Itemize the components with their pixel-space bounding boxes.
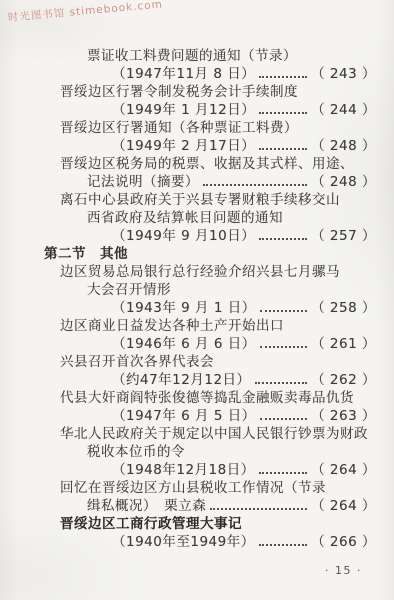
toc-line-text: 晋绥边区税务局的税票、收据及其式样、用途、 — [60, 156, 354, 172]
page-reference: （ 264 ） — [311, 497, 376, 515]
toc-line-text: 代县大奸商阎特张俊德等捣乱金融贩卖毒品仇货 — [60, 390, 354, 406]
toc-line-text: 边区商业日益发达各种土产开始出口 — [60, 318, 284, 334]
toc-date-line: （1940年至1949年）（ 266 ） — [0, 533, 394, 551]
page-reference: （ 248 ） — [311, 137, 376, 155]
toc-list: 票证收工料费问题的通知（节录）（1947年11月 8 日）（ 243 ）晋绥边区… — [0, 47, 394, 551]
toc-line-text: （1949年 9 月10日） — [112, 227, 255, 245]
page-reference: （ 261 ） — [311, 335, 376, 353]
toc-line-text: 离石中心县政府关于兴县专署财粮手续移交山 — [60, 192, 340, 208]
toc-line-text: （1949年 1 月12日） — [112, 101, 255, 119]
toc-date-line: （1949年 9 月10日）（ 257 ） — [0, 227, 394, 245]
toc-line-text: （1949年 2 月17日） — [112, 137, 255, 155]
toc-line-text: 票证收工料费问题的通知（节录） — [87, 48, 297, 64]
toc-line-text: 缉私概况） 栗立森 — [87, 497, 206, 515]
page-reference: （ 264 ） — [311, 461, 376, 479]
toc-date-line: （1947年 6 月 5 日）（ 263 ） — [0, 407, 394, 425]
toc-line-text: 西省政府及结算帐目问题的通知 — [87, 210, 283, 226]
dot-leader — [203, 173, 307, 186]
toc-entry-line: 代县大奸商阎特张俊德等捣乱金融贩卖毒品仇货 — [0, 389, 394, 407]
page-reference: （ 243 ） — [311, 65, 376, 83]
toc-line-text: 兴县召开首次各界代表会 — [60, 354, 214, 370]
dot-leader — [259, 227, 307, 240]
toc-entry-line: 离石中心县政府关于兴县专署财粮手续移交山 — [0, 191, 394, 209]
toc-line-text: 晋绥边区行署通知（各种票证工料费） — [60, 120, 298, 136]
dot-leader — [259, 137, 307, 150]
toc-date-line: （约47年12月12日）（ 262 ） — [0, 371, 394, 389]
toc-line-text: （1946年 6 月 6 日） — [112, 335, 256, 353]
page-reference: （ 257 ） — [311, 227, 376, 245]
dot-leader — [260, 299, 307, 312]
toc-date-line: （1947年11月 8 日）（ 243 ） — [0, 65, 394, 83]
toc-entry-line: 西省政府及结算帐目问题的通知 — [0, 209, 394, 227]
toc-line-text: 第二节 其他 — [44, 246, 128, 262]
toc-entry-line: 回忆在晋绥边区方山县税收工作情况（节录 — [0, 479, 394, 497]
toc-line-text: （约47年12月12日） — [112, 371, 251, 389]
toc-entry-line: 晋绥边区税务局的税票、收据及其式样、用途、 — [0, 155, 394, 173]
page-number: · 15 · — [325, 564, 362, 577]
dot-leader — [259, 533, 307, 546]
toc-entry-line: 边区贸易总局银行总行经验介绍兴县七月骡马 — [0, 263, 394, 281]
toc-entry-line: 晋绥边区行署通知（各种票证工料费） — [0, 119, 394, 137]
page-reference: （ 258 ） — [311, 299, 376, 317]
toc-line-text: 晋绥边区行署令制发税务会计手续制度 — [60, 84, 298, 100]
toc-entry-line: 缉私概况） 栗立森（ 264 ） — [0, 497, 394, 515]
toc-date-line: （1948年12月18日）（ 264 ） — [0, 461, 394, 479]
toc-line-text: 华北人民政府关于规定以中国人民银行钞票为财政 — [60, 426, 368, 442]
dot-leader — [259, 65, 307, 78]
dot-leader — [210, 497, 307, 510]
page-reference: （ 248 ） — [311, 173, 376, 191]
page-reference: （ 263 ） — [311, 407, 376, 425]
toc-entry-line: 华北人民政府关于规定以中国人民银行钞票为财政 — [0, 425, 394, 443]
toc-date-line: （1943年 9 月 1 日）（ 258 ） — [0, 299, 394, 317]
dot-leader — [260, 335, 307, 348]
toc-entry-line: 兴县召开首次各界代表会 — [0, 353, 394, 371]
toc-date-line: （1949年 1 月12日）（ 244 ） — [0, 101, 394, 119]
toc-line-text: （1947年11月 8 日） — [112, 65, 255, 83]
dot-leader — [260, 407, 307, 420]
toc-line-text: 记法说明（摘要） — [87, 173, 199, 191]
toc-entry-line: 晋绥边区行署令制发税务会计手续制度 — [0, 83, 394, 101]
toc-entry-line: 边区商业日益发达各种土产开始出口 — [0, 317, 394, 335]
watermark: 时光图书馆 stimebook.com — [7, 0, 163, 25]
toc-entry-line: 税收本位币的令 — [0, 443, 394, 461]
page-reference: （ 244 ） — [311, 101, 376, 119]
toc-date-line: （1946年 6 月 6 日）（ 261 ） — [0, 335, 394, 353]
toc-entry-line: 大会召开情形 — [0, 281, 394, 299]
page-reference: （ 262 ） — [311, 371, 376, 389]
toc-line-text: 回忆在晋绥边区方山县税收工作情况（节录 — [60, 480, 326, 496]
toc-date-line: （1949年 2 月17日）（ 248 ） — [0, 137, 394, 155]
page-reference: （ 266 ） — [311, 533, 376, 551]
toc-entry-line: 晋绥边区工商行政管理大事记 — [0, 515, 394, 533]
dot-leader — [255, 371, 308, 384]
dot-leader — [259, 461, 307, 474]
toc-line-text: 边区贸易总局银行总行经验介绍兴县七月骡马 — [60, 264, 340, 280]
toc-line-text: 晋绥边区工商行政管理大事记 — [60, 516, 242, 532]
toc-line-text: 税收本位币的令 — [87, 444, 185, 460]
toc-line-text: （1940年至1949年） — [112, 533, 255, 551]
toc-entry-line: 票证收工料费问题的通知（节录） — [0, 47, 394, 65]
toc-line-text: （1943年 9 月 1 日） — [112, 299, 256, 317]
toc-section-header: 第二节 其他 — [0, 245, 394, 263]
toc-line-text: （1948年12月18日） — [112, 461, 255, 479]
toc-line-text: 大会召开情形 — [87, 282, 171, 298]
toc-entry-line: 记法说明（摘要）（ 248 ） — [0, 173, 394, 191]
toc-line-text: （1947年 6 月 5 日） — [112, 407, 256, 425]
dot-leader — [259, 101, 307, 114]
